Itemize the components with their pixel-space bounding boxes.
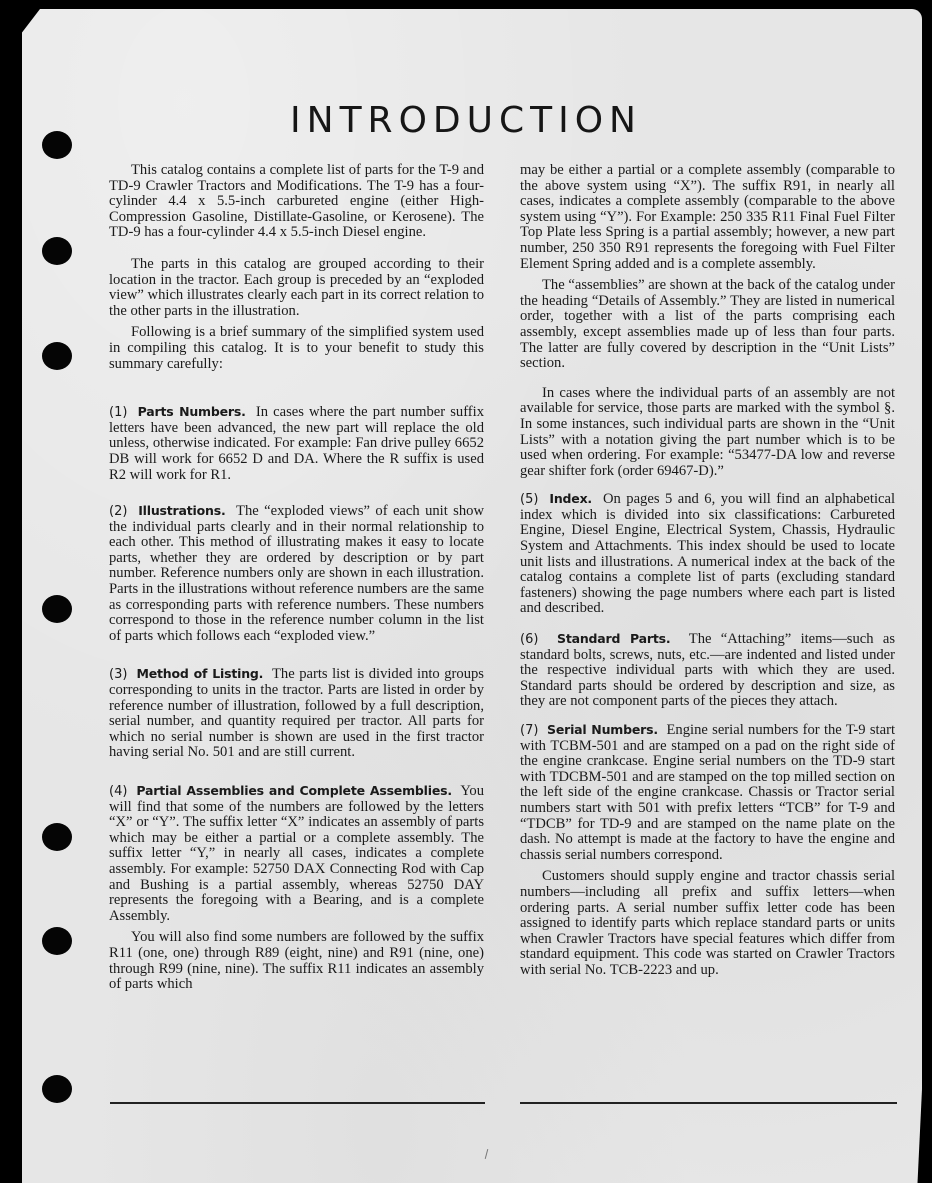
punch-hole-icon [42, 237, 72, 265]
bottom-rule-right [520, 1102, 897, 1104]
continued-paragraph: may be either a partial or a complete as… [520, 163, 895, 272]
paragraph: The parts in this catalog are grouped ac… [109, 257, 484, 319]
section-heading: Serial Numbers. [547, 722, 658, 737]
section-heading: Illustrations. [138, 503, 225, 518]
punch-hole-icon [42, 823, 72, 851]
paragraph: In cases where the individual parts of a… [520, 386, 895, 480]
paragraph: The “assemblies” are shown at the back o… [520, 278, 895, 372]
section-body: You will find that some of the numbers a… [109, 783, 484, 924]
paragraph: You will also find some numbers are foll… [109, 930, 484, 992]
section-body: Engine serial numbers for the T-9 start … [520, 722, 895, 863]
numbered-section: (7) Serial Numbers. Engine serial number… [520, 722, 895, 863]
section-number: (7) [520, 723, 538, 738]
section-body: On pages 5 and 6, you will find an alpha… [520, 491, 895, 616]
paragraph: Customers should supply engine and tract… [520, 869, 895, 978]
section-number: (2) [109, 504, 127, 519]
bottom-rule-left [110, 1102, 485, 1104]
paragraph: This catalog contains a complete list of… [109, 163, 484, 241]
punch-hole-icon [42, 595, 72, 623]
punch-hole-icon [42, 1075, 72, 1103]
punch-hole-icon [42, 342, 72, 370]
numbered-section: (5) Index. On pages 5 and 6, you will fi… [520, 491, 895, 617]
paper-blemish [485, 1149, 489, 1159]
section-body: The “exploded views” of each unit show t… [109, 503, 484, 644]
section-heading: Standard Parts. [557, 631, 670, 646]
section-number: (6) [520, 632, 538, 647]
section-heading: Index. [549, 491, 592, 506]
section-heading: Method of Listing. [136, 666, 263, 681]
section-heading: Parts Numbers. [138, 404, 246, 419]
numbered-section: (4) Partial Assemblies and Complete Asse… [109, 783, 484, 924]
numbered-section: (1) Parts Numbers. In cases where the pa… [109, 404, 484, 483]
section-heading: Partial Assemblies and Complete Assembli… [136, 783, 452, 798]
section-number: (5) [520, 492, 538, 507]
section-number: (1) [109, 405, 127, 420]
punch-hole-icon [42, 927, 72, 955]
section-number: (3) [109, 667, 127, 682]
numbered-section: (2) Illustrations. The “exploded views” … [109, 503, 484, 644]
paragraph: Following is a brief summary of the simp… [109, 325, 484, 372]
right-column: may be either a partial or a complete as… [520, 163, 895, 979]
section-number: (4) [109, 784, 127, 799]
page-title: INTRODUCTION [0, 100, 932, 141]
left-column: This catalog contains a complete list of… [109, 163, 484, 993]
numbered-section: (3) Method of Listing. The parts list is… [109, 666, 484, 761]
numbered-section: (6) Standard Parts. The “Attaching” item… [520, 631, 895, 710]
